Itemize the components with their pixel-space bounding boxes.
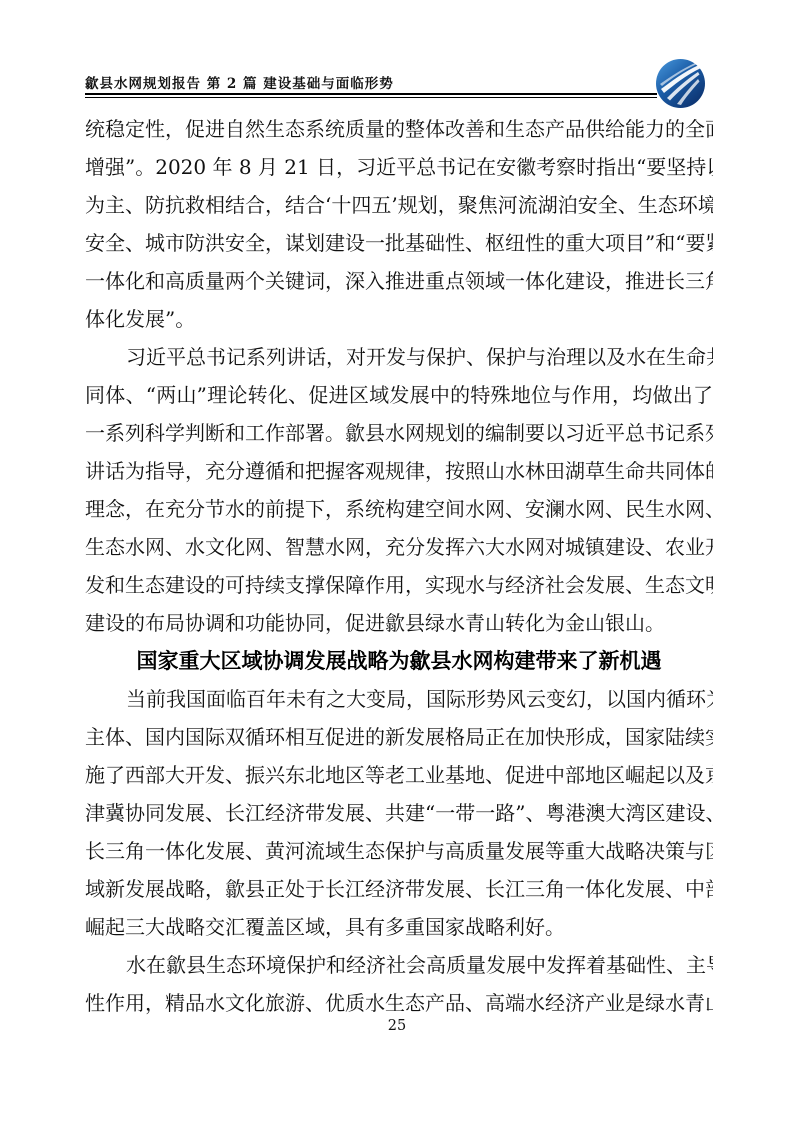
text-line: 建设的布局协调和功能协同，促进歙县绿水青山转化为金山银山。 bbox=[85, 604, 713, 642]
text-line: 生态水网、水文化网、智慧水网，充分发挥六大水网对城镇建设、农业开 bbox=[85, 528, 713, 566]
document-body: 统稳定性，促进自然生态系统质量的整体改善和生态产品供给能力的全面增强”。2020… bbox=[85, 110, 713, 1022]
text-line: 增强”。2020 年 8 月 21 日，习近平总书记在安徽考察时指出“要坚持以防 bbox=[85, 148, 713, 186]
text-line: 施了西部大开发、振兴东北地区等老工业基地、促进中部地区崛起以及京 bbox=[85, 756, 713, 794]
text-line: 为主、防抗救相结合，结合‘十四五’规划，聚焦河流湖泊安全、生态环境 bbox=[85, 186, 713, 224]
header-running-title: 歙县水网规划报告 第 2 篇 建设基础与面临形势 bbox=[85, 72, 645, 92]
text-line: 性作用，精品水文化旅游、优质水生态产品、高端水经济产业是绿水青山 bbox=[85, 984, 713, 1022]
text-line: 一系列科学判断和工作部署。歙县水网规划的编制要以习近平总书记系列 bbox=[85, 414, 713, 452]
water-network-logo-icon bbox=[655, 58, 706, 109]
text-line: 主体、国内国际双循环相互促进的新发展格局正在加快形成，国家陆续实 bbox=[85, 718, 713, 756]
text-line: 崛起三大战略交汇覆盖区域，具有多重国家战略利好。 bbox=[85, 908, 713, 946]
page-number: 25 bbox=[388, 1018, 406, 1034]
text-line: 习近平总书记系列讲话，对开发与保护、保护与治理以及水在生命共 bbox=[85, 338, 713, 376]
text-line: 讲话为指导，充分遵循和把握客观规律，按照山水林田湖草生命共同体的 bbox=[85, 452, 713, 490]
document-page: 歙县水网规划报告 第 2 篇 建设基础与面临形势 统稳定性，促进自然生态系统质量… bbox=[0, 0, 794, 1122]
text-line: 体化发展”。 bbox=[85, 300, 713, 338]
text-line: 统稳定性，促进自然生态系统质量的整体改善和生态产品供给能力的全面 bbox=[85, 110, 713, 148]
text-line: 同体、“两山”理论转化、促进区域发展中的特殊地位与作用，均做出了 bbox=[85, 376, 713, 414]
text-line: 安全、城市防洪安全，谋划建设一批基础性、枢纽性的重大项目”和“要紧扣 bbox=[85, 224, 713, 262]
page-footer: 25 bbox=[0, 1018, 794, 1034]
text-line: 津冀协同发展、长江经济带发展、共建“一带一路”、粤港澳大湾区建设、 bbox=[85, 794, 713, 832]
text-line: 域新发展战略，歙县正处于长江经济带发展、长江三角一体化发展、中部 bbox=[85, 870, 713, 908]
section-heading: 国家重大区域协调发展战略为歙县水网构建带来了新机遇 bbox=[85, 642, 713, 680]
text-line: 当前我国面临百年未有之大变局，国际形势风云变幻，以国内循环为 bbox=[85, 680, 713, 718]
header-rule bbox=[85, 93, 657, 98]
text-line: 一体化和高质量两个关键词，深入推进重点领域一体化建设，推进长三角一 bbox=[85, 262, 713, 300]
text-line: 长三角一体化发展、黄河流域生态保护与高质量发展等重大战略决策与区 bbox=[85, 832, 713, 870]
text-line: 理念，在充分节水的前提下，系统构建空间水网、安澜水网、民生水网、 bbox=[85, 490, 713, 528]
text-line: 发和生态建设的可持续支撑保障作用，实现水与经济社会发展、生态文明 bbox=[85, 566, 713, 604]
text-line: 水在歙县生态环境保护和经济社会高质量发展中发挥着基础性、主导 bbox=[85, 946, 713, 984]
